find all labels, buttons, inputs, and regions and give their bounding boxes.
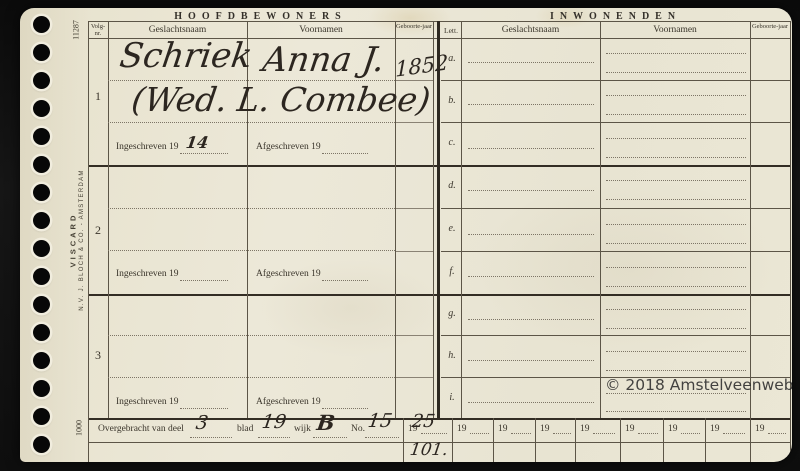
writing-line	[468, 360, 594, 361]
punch-hole	[33, 100, 50, 117]
column-line	[790, 21, 791, 462]
writing-line	[108, 122, 395, 123]
writing-line	[606, 243, 746, 244]
transfer-label-wijk: wijk	[294, 424, 311, 434]
handwritten-ingeschreven-year: 14	[185, 133, 210, 152]
handwritten-no: 15	[366, 410, 393, 432]
punch-hole	[33, 16, 50, 33]
column-line	[461, 21, 462, 418]
punch-hole	[33, 44, 50, 61]
section-divider	[437, 21, 440, 418]
writing-line	[606, 199, 746, 200]
writing-line	[606, 95, 746, 96]
punch-hole	[33, 72, 50, 89]
punch-hole	[33, 296, 50, 313]
punch-hole	[33, 128, 50, 145]
inwonenden-title: INWONENDEN	[441, 11, 790, 22]
header-lett: Lett.	[441, 26, 461, 35]
handwritten-note: 101.	[409, 440, 450, 460]
leader-line	[553, 433, 571, 434]
copyright-watermark: © 2018 Amstelveenweb.com	[605, 376, 792, 394]
handwritten-widow-note: (Wed. L. Combee)	[129, 80, 433, 119]
writing-line	[606, 138, 746, 139]
leader-line	[322, 408, 368, 409]
afgeschreven-label: Afgeschreven 19	[256, 397, 321, 407]
row-number: 1	[88, 89, 108, 104]
writing-line	[108, 208, 395, 209]
writing-line	[606, 309, 746, 310]
writing-line	[606, 267, 746, 268]
header-voornamen-right: Voornamen	[600, 25, 750, 35]
ingeschreven-label: Ingeschreven 19	[116, 269, 179, 279]
cell-line	[705, 418, 706, 462]
rule	[395, 377, 433, 378]
leader-line	[322, 280, 368, 281]
rule	[395, 251, 433, 252]
year-cell-prefix: 19	[710, 424, 720, 434]
writing-line	[606, 286, 746, 287]
rule	[441, 251, 790, 252]
leader-line	[681, 433, 700, 434]
writing-line	[468, 276, 594, 277]
writing-line	[108, 377, 395, 378]
leader-line	[313, 437, 347, 438]
punch-hole	[33, 240, 50, 257]
punch-hole	[33, 324, 50, 341]
punch-hole	[33, 408, 50, 425]
rule	[395, 208, 433, 209]
printer-brand: VISCARD	[69, 213, 78, 268]
cell-line	[620, 418, 621, 462]
writing-line	[606, 72, 746, 73]
header-voornamen-left: Voornamen	[247, 25, 395, 35]
stock-number-top: 11287	[72, 20, 81, 40]
rule	[395, 122, 433, 123]
writing-line	[606, 411, 746, 412]
punch-hole	[33, 436, 50, 453]
punch-hole	[33, 156, 50, 173]
writing-line	[468, 62, 594, 63]
year-cell-prefix: 19	[540, 424, 550, 434]
row-letter: d.	[443, 180, 461, 191]
punch-hole	[33, 184, 50, 201]
leader-line	[180, 153, 228, 154]
photo-background: 11287 VISCARD N.V. J. BLOCH & CO. - AMST…	[0, 0, 800, 471]
ingeschreven-label: Ingeschreven 19	[116, 142, 179, 152]
writing-line	[606, 370, 746, 371]
writing-line	[606, 180, 746, 181]
rule	[441, 208, 790, 209]
row-letter: g.	[443, 308, 461, 319]
writing-line	[108, 250, 395, 251]
row-letter: b.	[443, 95, 461, 106]
header-volgnr: Volg-nr.	[88, 23, 108, 37]
year-cell-prefix: 19	[755, 424, 765, 434]
row-letter: f.	[443, 266, 461, 277]
punch-hole	[33, 212, 50, 229]
leader-line	[322, 153, 368, 154]
rule	[441, 122, 790, 123]
writing-line	[606, 328, 746, 329]
leader-line	[723, 433, 745, 434]
handwritten-blad: 19	[260, 411, 287, 433]
handwritten-birthyear: 1852	[395, 50, 448, 82]
writing-line	[606, 114, 746, 115]
handwritten-deel: 3	[194, 412, 209, 434]
writing-line	[606, 224, 746, 225]
writing-line	[606, 157, 746, 158]
year-cell-prefix: 19	[668, 424, 678, 434]
row-number: 2	[88, 223, 108, 238]
column-line	[88, 21, 89, 462]
cell-line	[403, 418, 404, 462]
leader-line	[511, 433, 531, 434]
leader-line	[638, 433, 658, 434]
writing-line	[108, 335, 395, 336]
afgeschreven-label: Afgeschreven 19	[256, 269, 321, 279]
cell-line	[663, 418, 664, 462]
leader-line	[258, 437, 290, 438]
row-letter: e.	[443, 223, 461, 234]
year-cell-prefix: 19	[625, 424, 635, 434]
leader-line	[768, 433, 786, 434]
transfer-label-deel: Overgebracht van deel	[98, 424, 184, 434]
leader-line	[365, 437, 399, 438]
leader-line	[180, 280, 228, 281]
header-geslachtsnaam-right: Geslachtsnaam	[461, 25, 600, 35]
cell-line	[452, 418, 453, 462]
header-geboortejaar-right: Geboorte-jaar	[750, 23, 790, 30]
header-geboortejaar-left: Geboorte-jaar	[395, 23, 433, 30]
handwritten-wijk: B	[315, 410, 336, 435]
writing-line	[468, 234, 594, 235]
writing-line	[606, 351, 746, 352]
header-geslachtsnaam-left: Geslachtsnaam	[108, 25, 247, 35]
afgeschreven-label: Afgeschreven 19	[256, 142, 321, 152]
ingeschreven-label: Ingeschreven 19	[116, 397, 179, 407]
leader-line	[421, 433, 447, 434]
writing-line	[468, 148, 594, 149]
rule	[395, 335, 433, 336]
year-cell-prefix: 19	[580, 424, 590, 434]
column-line	[600, 21, 601, 418]
printer-name: N.V. J. BLOCH & CO. - AMSTERDAM	[79, 169, 85, 310]
row-number: 3	[88, 348, 108, 363]
leader-line	[180, 408, 228, 409]
handwritten-year: 25	[411, 411, 437, 432]
transfer-label-blad: blad	[237, 424, 253, 434]
handwritten-surname: Schriek	[117, 36, 255, 76]
leader-line	[470, 433, 489, 434]
writing-line	[468, 104, 594, 105]
leader-line	[593, 433, 615, 434]
punch-hole	[33, 352, 50, 369]
rule	[441, 335, 790, 336]
hoofdbewoners-title: HOOFDBEWONERS	[88, 11, 433, 22]
rule	[88, 418, 790, 420]
row-letter: h.	[443, 350, 461, 361]
year-cell-prefix: 19	[457, 424, 467, 434]
handwritten-firstnames: Anna J.	[260, 40, 387, 80]
writing-line	[606, 53, 746, 54]
cell-line	[493, 418, 494, 462]
stock-number-bottom: 1000	[75, 420, 84, 436]
punch-hole	[33, 380, 50, 397]
writing-line	[468, 190, 594, 191]
leader-line	[190, 437, 232, 438]
row-letter: c.	[443, 137, 461, 148]
rule	[441, 80, 790, 81]
column-line	[433, 21, 434, 418]
year-cell-prefix: 19	[498, 424, 508, 434]
population-register-card: 11287 VISCARD N.V. J. BLOCH & CO. - AMST…	[20, 8, 792, 462]
cell-line	[575, 418, 576, 462]
punch-hole	[33, 268, 50, 285]
column-line	[750, 21, 751, 462]
row-letter: i.	[443, 392, 461, 403]
transfer-label-no: No.	[351, 424, 365, 434]
writing-line	[468, 319, 594, 320]
writing-line	[468, 402, 594, 403]
cell-line	[535, 418, 536, 462]
